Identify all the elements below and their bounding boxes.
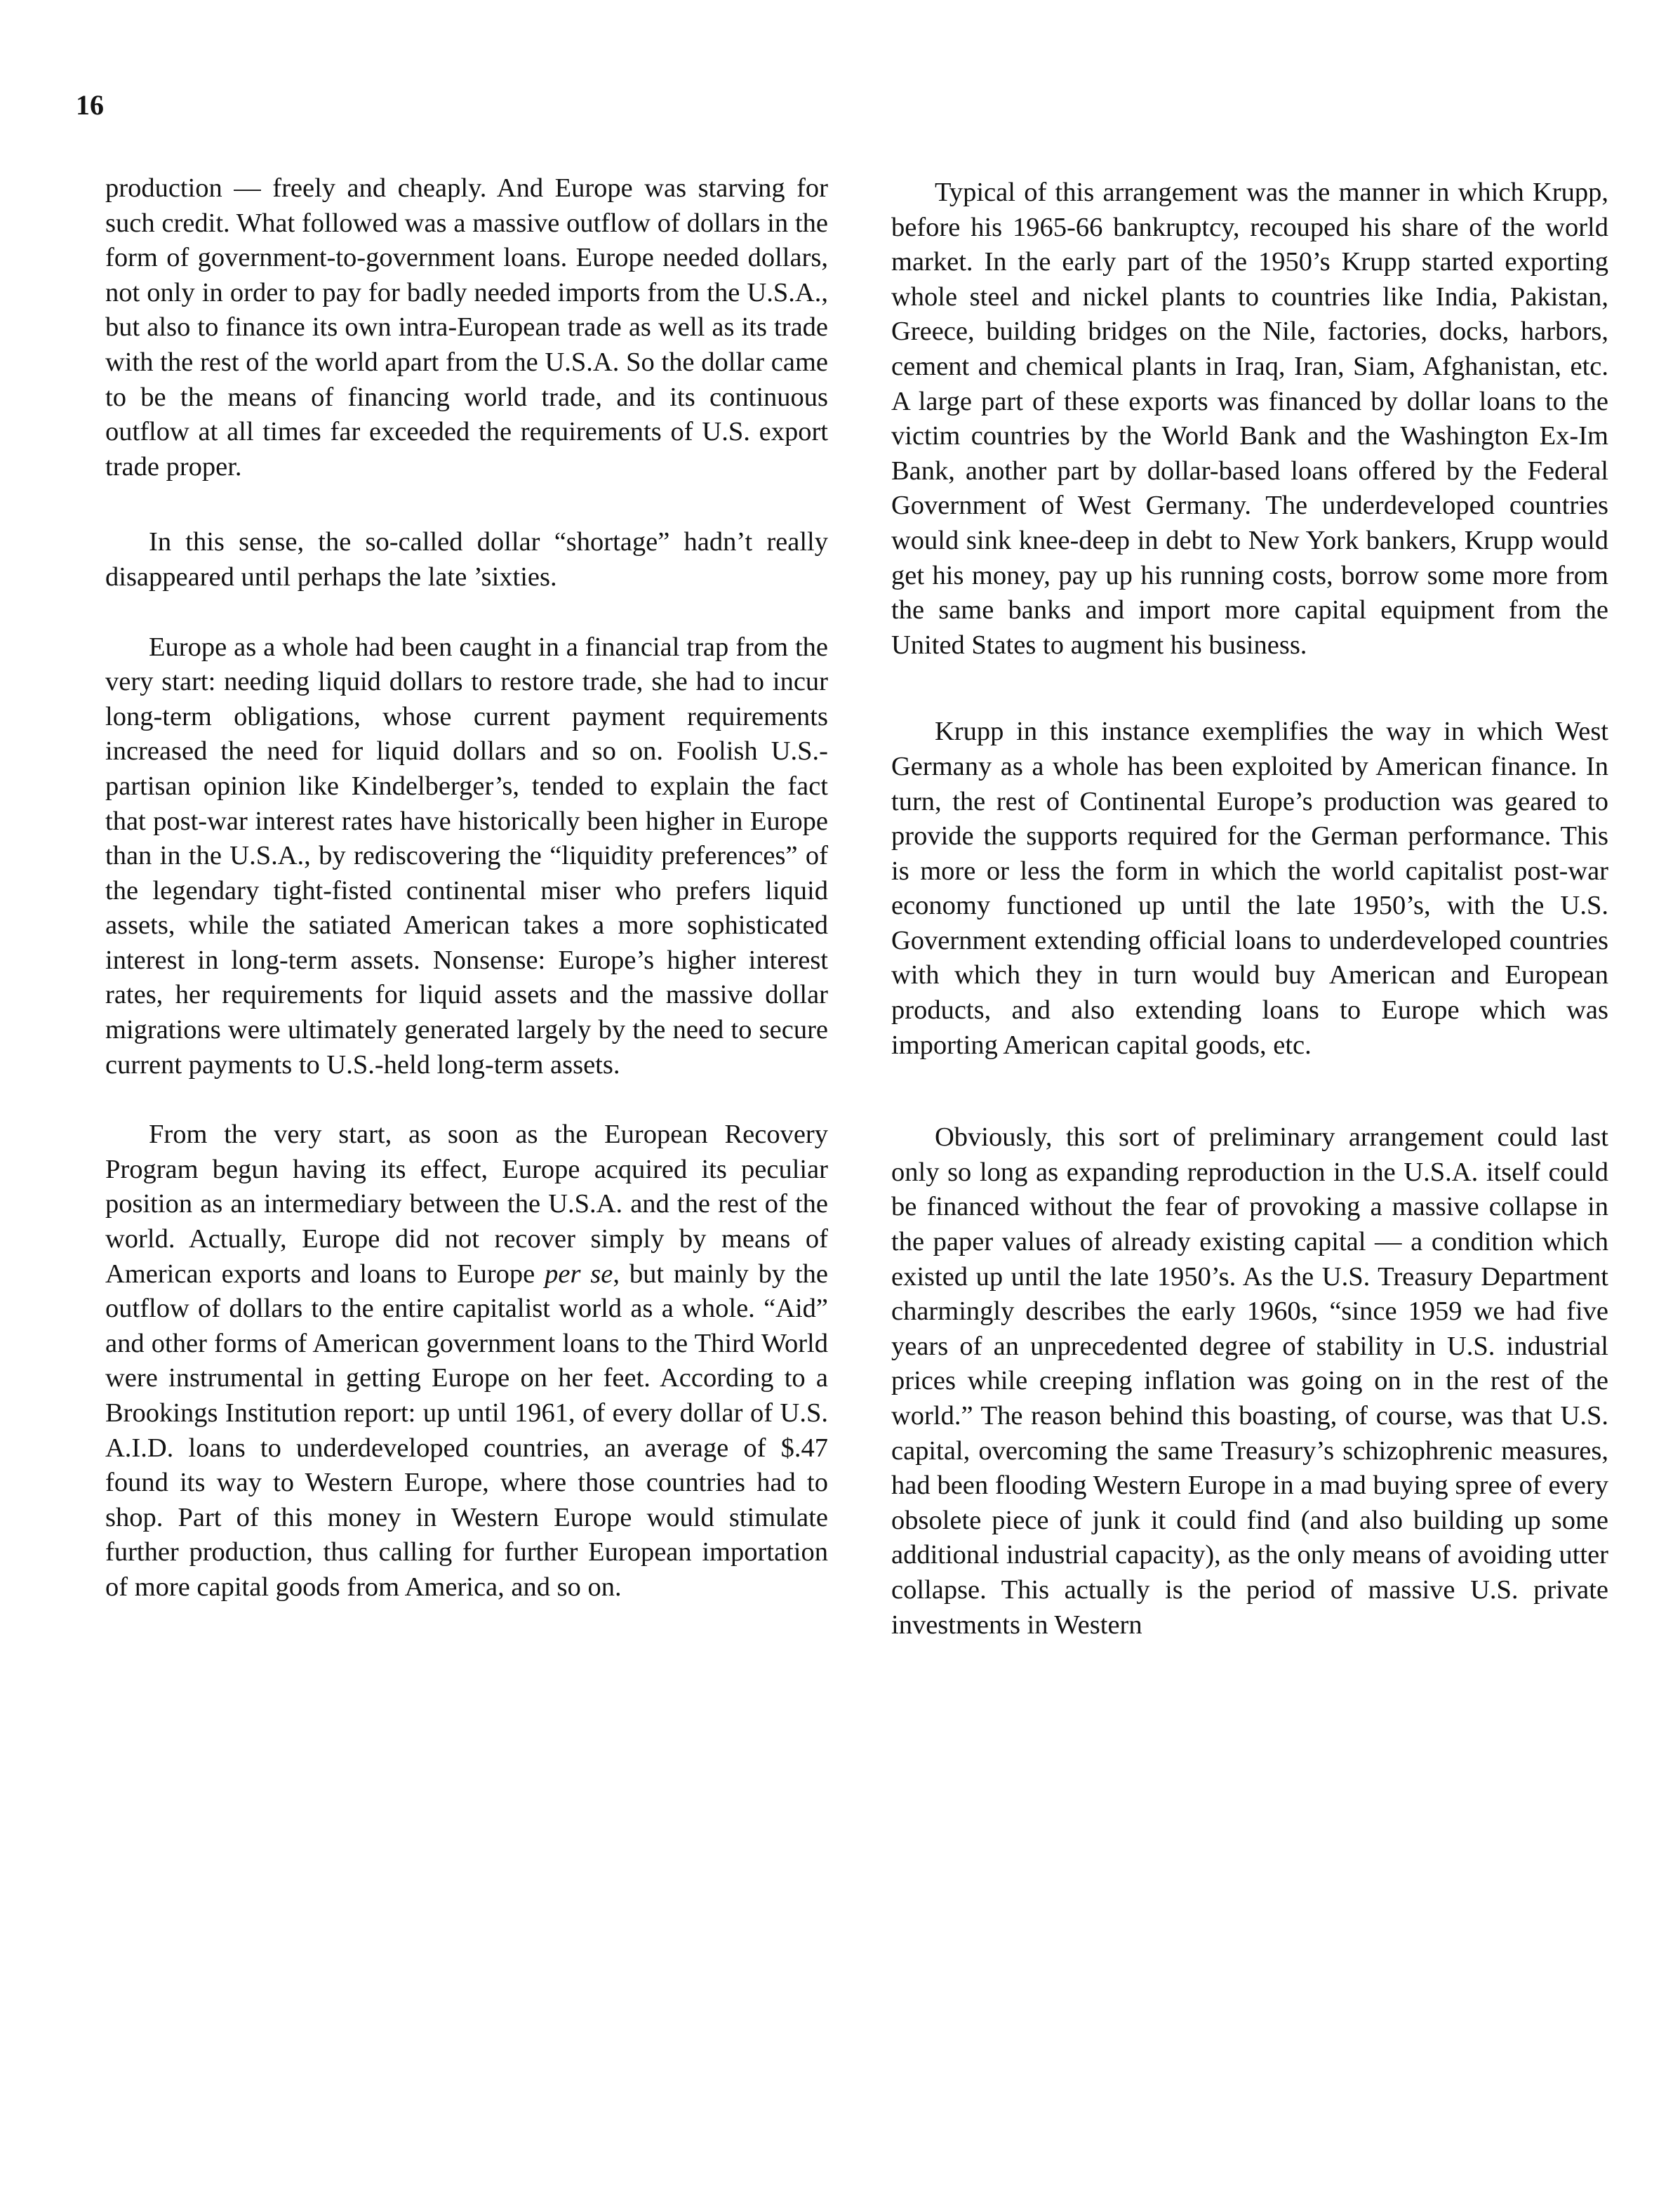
paragraph-dollar-shortage: In this sense, the so-called dollar “sho…	[105, 525, 828, 595]
paragraph-financial-trap: Europe as a whole had been caught in a f…	[105, 630, 828, 1083]
left-column: production — freely and cheaply. And Eur…	[105, 171, 828, 1605]
paragraph-text-part: , but mainly by the outflow of dollars t…	[105, 1259, 828, 1602]
italic-phrase: per se	[545, 1259, 613, 1289]
paragraph-dollar-outflow: production — freely and cheaply. And Eur…	[105, 171, 828, 484]
paragraph-krupp-arrangement: Typical of this arrangement was the mann…	[891, 175, 1608, 663]
paragraph-preliminary-arrangement: Obviously, this sort of preliminary arra…	[891, 1120, 1608, 1643]
right-column: Typical of this arrangement was the mann…	[891, 175, 1608, 1643]
page-number: 16	[76, 91, 104, 119]
paragraph-european-recovery: From the very start, as soon as the Euro…	[105, 1117, 828, 1605]
paragraph-krupp-exemplifies: Krupp in this instance exemplifies the w…	[891, 715, 1608, 1063]
